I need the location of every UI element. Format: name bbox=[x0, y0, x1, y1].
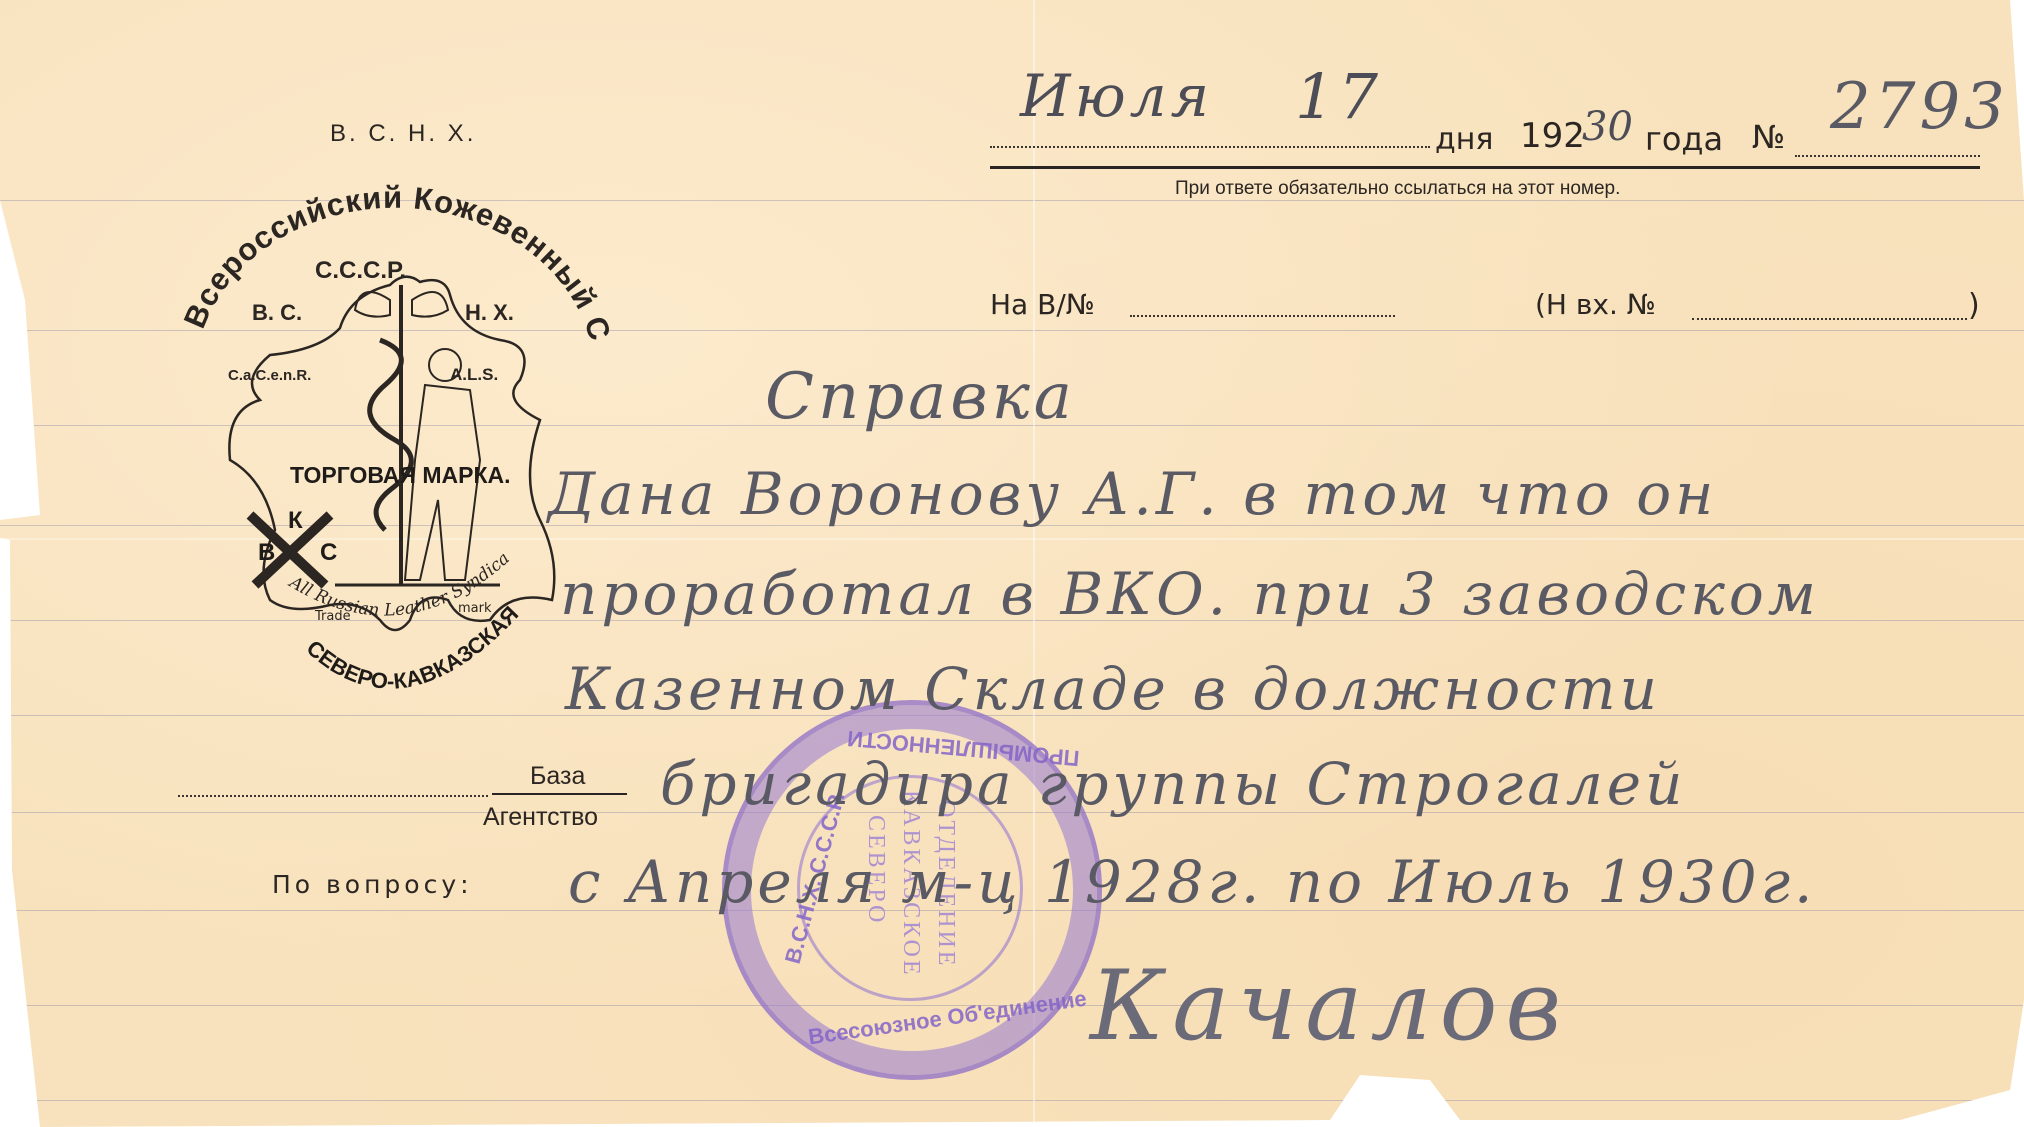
your-ref-dotted-line bbox=[1130, 315, 1395, 317]
stamp-outer-bottom: Всесоюзное Об'единение bbox=[807, 986, 1089, 1051]
emblem-top-label: С.С.С.Р. bbox=[315, 257, 406, 284]
certificate-title: Справка bbox=[765, 360, 1076, 434]
body-line-5: с Апреля м-ц 1928г. по Июль 1930г. bbox=[568, 848, 1816, 916]
letterhead-logo: В. С. Н. Х. Всероссийский Кожевенный Син… bbox=[180, 100, 620, 720]
emblem-latin-left: C.a.C.e.n.R. bbox=[228, 367, 311, 384]
day-label: дня bbox=[1435, 122, 1493, 157]
incoming-dotted-line bbox=[1692, 318, 1967, 320]
reply-note: При ответе обязательно ссылаться на этот… bbox=[1175, 178, 1620, 200]
trademark-label: ТОРГОВАЯ МАРКА. bbox=[290, 462, 510, 488]
number-handwritten: 2793 bbox=[1830, 70, 2009, 144]
month-handwritten: Июля bbox=[1020, 62, 1213, 130]
number-sign: № bbox=[1752, 118, 1785, 156]
document-paper: В. С. Н. Х. Всероссийский Кожевенный Син… bbox=[0, 0, 2024, 1127]
subject-label: По вопросу: bbox=[272, 870, 473, 899]
emblem-latin-right: A.L.S. bbox=[450, 365, 498, 384]
body-line-2: проработал в ВКО. при 3 заводском bbox=[560, 560, 1820, 628]
svg-text:All Russian Leather Syndicate.: All Russian Leather Syndicate. bbox=[180, 100, 514, 621]
english-arc: All Russian Leather Syndicate. bbox=[180, 100, 514, 621]
emblem-right-label: Н. Х. bbox=[465, 300, 514, 325]
ruled-line bbox=[0, 1100, 2024, 1101]
year-handwritten: 30 bbox=[1582, 104, 1633, 150]
base-dotted-line bbox=[178, 795, 488, 797]
agency-label: Агентство bbox=[483, 803, 598, 832]
trade-label: Trade bbox=[314, 609, 351, 624]
body-line-1: Дана Воронову А.Г. в том что он bbox=[548, 460, 1717, 528]
svg-text:Всероссийский Кожевенный Синди: Всероссийский Кожевенный Синдикат bbox=[180, 100, 618, 345]
incoming-label: (Н вх. № bbox=[1535, 288, 1656, 321]
your-ref-label: На В/№ bbox=[990, 288, 1095, 321]
day-handwritten: 17 bbox=[1295, 60, 1382, 133]
emblem-graphic: Всероссийский Кожевенный Синдикат С.С.С.… bbox=[180, 100, 620, 720]
monogram-v: В bbox=[258, 539, 275, 566]
year-prefix: 192 bbox=[1520, 116, 1585, 156]
incoming-close: ) bbox=[1968, 288, 1980, 323]
monogram-s: С bbox=[320, 539, 337, 566]
body-line-4: бригадира группы Строгалей bbox=[660, 750, 1686, 818]
body-line-3: Казенном Складе в должности bbox=[565, 655, 1661, 723]
org-name-arc: Всероссийский Кожевенный Синдикат bbox=[180, 100, 618, 345]
base-agency-divider bbox=[492, 793, 627, 795]
date-dotted-line bbox=[990, 146, 1430, 148]
monogram-k: К bbox=[288, 507, 303, 534]
year-label: года bbox=[1645, 120, 1723, 158]
signature: Качалов bbox=[1090, 950, 1569, 1062]
number-dotted-line bbox=[1795, 155, 1980, 157]
emblem-left-label: В. С. bbox=[252, 300, 302, 325]
base-label: База bbox=[530, 762, 585, 791]
mark-label: mark bbox=[458, 601, 492, 616]
header-rule bbox=[990, 166, 1980, 169]
